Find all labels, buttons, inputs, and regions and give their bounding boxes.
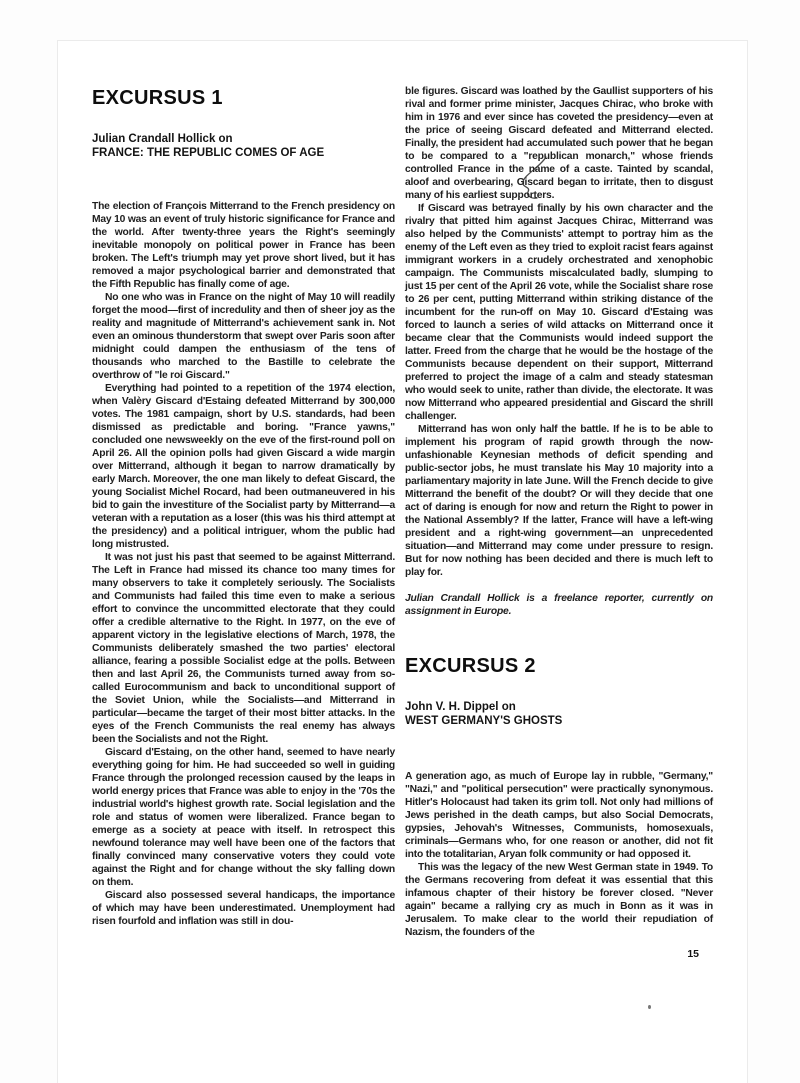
paragraph: This was the legacy of the new West Germ… xyxy=(405,861,713,939)
paragraph: Giscard also possessed several handicaps… xyxy=(92,889,395,928)
paragraph: It was not just his past that seemed to … xyxy=(92,551,395,746)
paragraph: A generation ago, as much of Europe lay … xyxy=(405,770,713,861)
section-2-title-line: WEST GERMANY'S GHOSTS xyxy=(405,714,713,728)
section-1-byline: Julian Crandall Hollick on FRANCE: THE R… xyxy=(92,132,395,160)
section-2-author-line: John V. H. Dippel on xyxy=(405,700,713,714)
section-1-author-line: Julian Crandall Hollick on xyxy=(92,132,395,146)
paragraph: If Giscard was betrayed finally by his o… xyxy=(405,202,713,423)
section-1-title-line: FRANCE: THE REPUBLIC COMES OF AGE xyxy=(92,146,395,160)
paragraph: Giscard d'Estaing, on the other hand, se… xyxy=(92,746,395,889)
paragraph: ble figures. Giscard was loathed by the … xyxy=(405,85,713,202)
section-2-heading: EXCURSUS 2 xyxy=(405,656,713,676)
left-column: EXCURSUS 1 Julian Crandall Hollick on FR… xyxy=(92,88,395,928)
paragraph: Mitterrand has won only half the battle.… xyxy=(405,423,713,579)
paragraph: The election of François Mitterrand to t… xyxy=(92,200,395,291)
paragraph: Everything had pointed to a repetition o… xyxy=(92,382,395,551)
right-column: ble figures. Giscard was loathed by the … xyxy=(405,85,713,960)
section-1-body-right: ble figures. Giscard was loathed by the … xyxy=(405,85,713,579)
author-note: Julian Crandall Hollick is a freelance r… xyxy=(405,592,713,618)
section-2-body: A generation ago, as much of Europe lay … xyxy=(405,770,713,939)
page-number: 15 xyxy=(405,948,713,960)
scanned-magazine-page: EXCURSUS 1 Julian Crandall Hollick on FR… xyxy=(0,0,800,1083)
section-1-heading: EXCURSUS 1 xyxy=(92,88,395,108)
paragraph: No one who was in France on the night of… xyxy=(92,291,395,382)
scan-speck xyxy=(648,1005,651,1009)
section-2-byline: John V. H. Dippel on WEST GERMANY'S GHOS… xyxy=(405,700,713,728)
section-1-body-left: The election of François Mitterrand to t… xyxy=(92,200,395,928)
